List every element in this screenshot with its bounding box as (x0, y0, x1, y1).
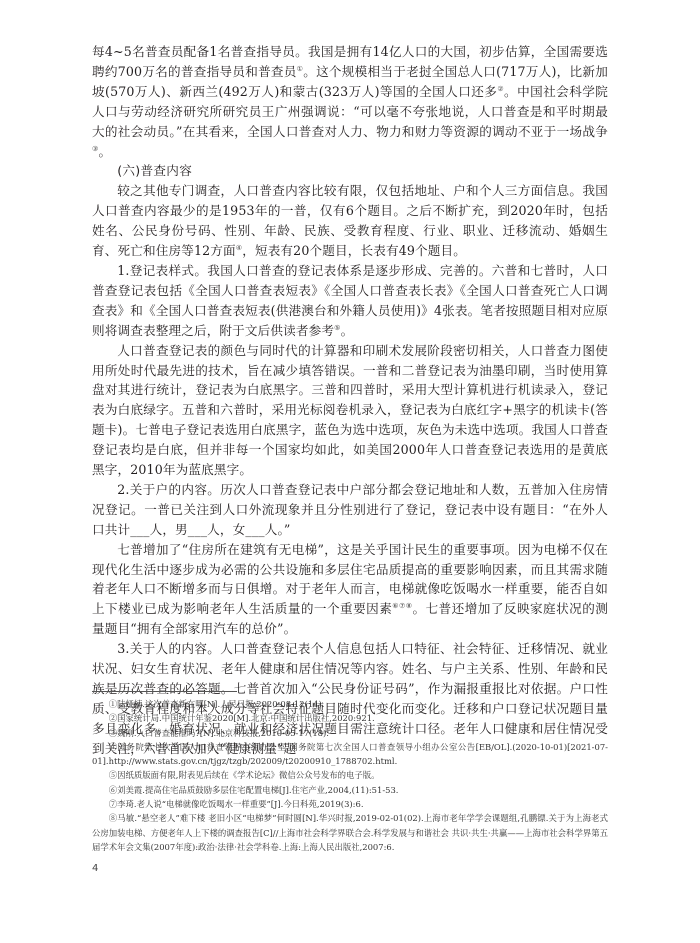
footnote-3: ③魏刚.人口普查能准吗?[N].北京科技报,2010-05-17(18). (92, 726, 608, 740)
footnote-7: ⑦李琦.老人说“电梯就像吃饭喝水一样重要”[J].今日科苑,2019(3):6. (92, 797, 608, 811)
paragraph-elevator: 七普增加了“住房所在建筑有无电梯”，这是关乎国计民生的重要事项。因为电梯不仅在现… (92, 540, 608, 640)
footnote-divider (92, 691, 237, 692)
paragraph-census-staffing: 每4~5名普查员配备1名普查指导员。我国是拥有14亿人口的大国，初步估算，全国需… (92, 42, 608, 161)
footnote-2: ②国家统计局.中国统计年鉴2020[M].北京:中国统计出版社,2020:921… (92, 711, 608, 725)
paragraph-census-content: 较之其他专门调查，人口普查内容比较有限，仅包括地址、户和个人三方面信息。我国人口… (92, 181, 608, 261)
article-body: 每4~5名普查员配备1名普查指导员。我国是拥有14亿人口的大国，初步估算，全国需… (92, 42, 608, 759)
paragraph-household-content: 2.关于户的内容。历次人口普查登记表中户部分都会登记地址和人数，五普加入住房情况… (92, 480, 608, 540)
paragraph-form-color: 人口普查登记表的颜色与同时代的计算器和印刷术发展阶段密切相关，人口普查力图使用所… (92, 341, 608, 480)
footnote-4: ④国务院第七次全国人口普查领导小组办公室.国务院第七次全国人口普查领导小组办公室… (92, 740, 608, 769)
footnote-8: ⑧马敏.“悬空老人”难下楼 老旧小区“电梯梦”何时圆[N].华兴时报,2019-… (92, 811, 608, 854)
footnotes: ①陆娅楠.这次普查新在哪[N].人民日报,2020-08-12(14). ②国家… (92, 697, 608, 854)
page-number: 4 (92, 863, 98, 874)
paragraph-form-style: 1.登记表样式。我国人口普查的登记表体系是逐步形成、完善的。六普和七普时，人口普… (92, 261, 608, 341)
footnote-1: ①陆娅楠.这次普查新在哪[N].人民日报,2020-08-12(14). (92, 697, 608, 711)
footnote-5: ⑤因纸质版面有限,附表见后续在《学术论坛》微信公众号发布的电子版。 (92, 768, 608, 782)
section-heading: (六)普查内容 (92, 161, 608, 181)
footnote-ref-6-7-8[interactable]: ⑥⑦⑧ (392, 602, 412, 610)
footnote-6: ⑥刘美霞.提高住宅品质鼓励多层住宅配置电梯[J].住宅产业,2004,(11):… (92, 783, 608, 797)
